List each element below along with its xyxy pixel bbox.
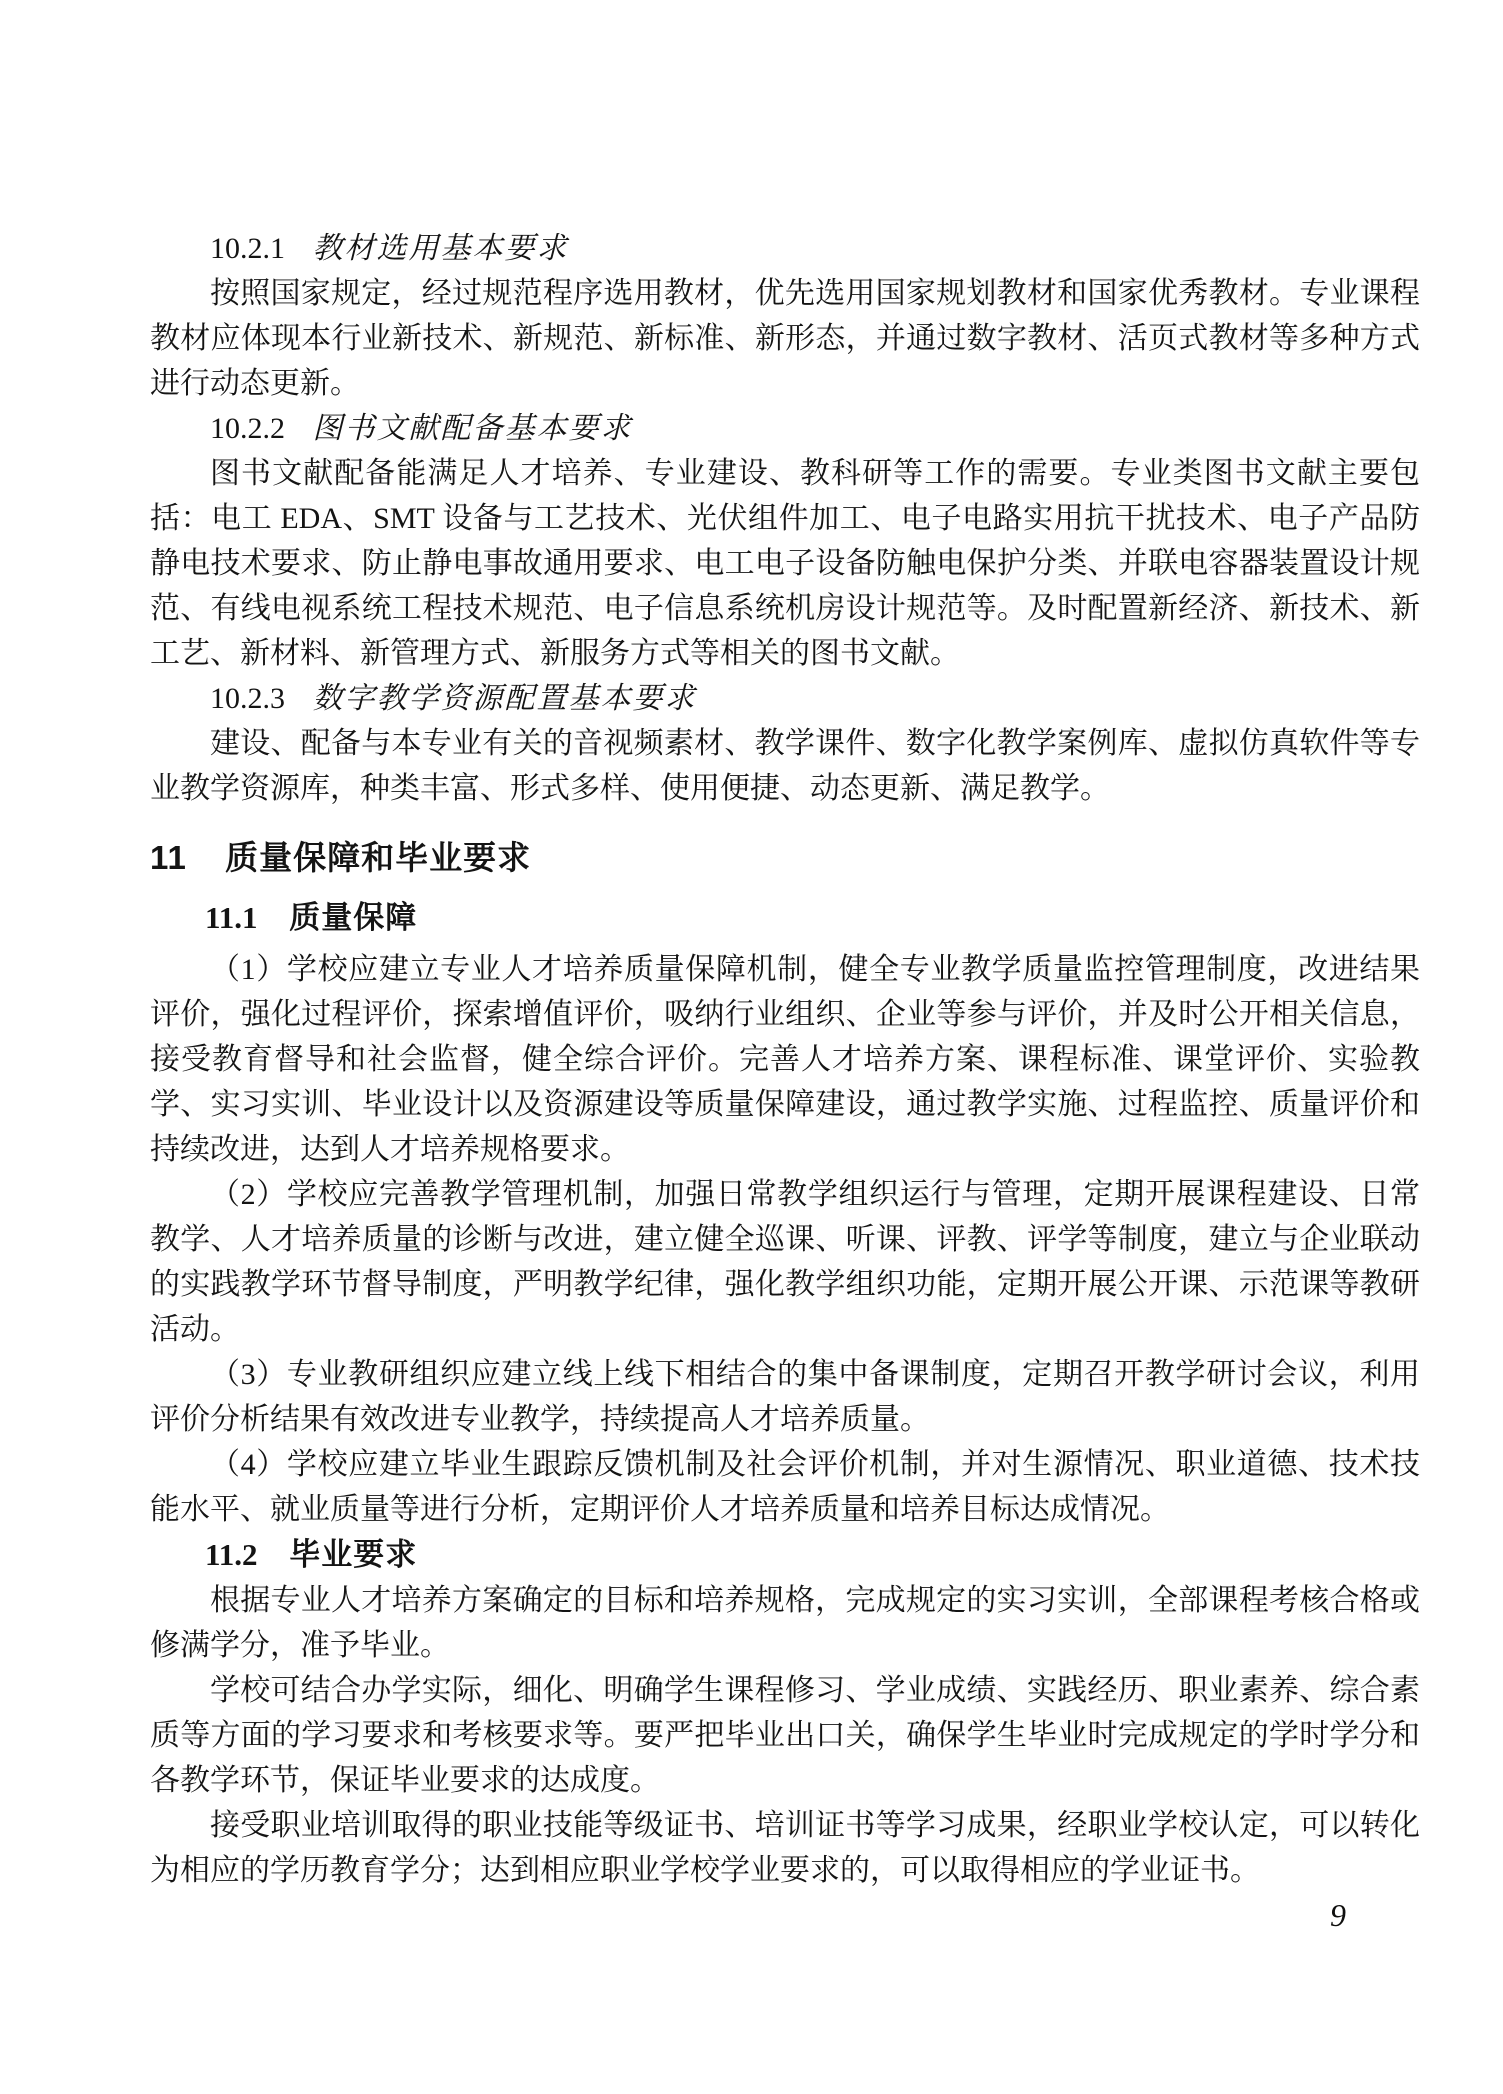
paragraph-digital-resources: 建设、配备与本专业有关的音视频素材、教学课件、数字化教学案例库、虚拟仿真软件等专… (150, 721, 1420, 811)
heading-11: 11 质量保障和毕业要求 (150, 833, 1420, 883)
heading-10-2-1: 10.2.1 教材选用基本要求 (150, 226, 1420, 271)
page-number: 9 (1330, 1896, 1346, 1934)
paragraph-graduation-2: 学校可结合办学实际，细化、明确学生课程修习、学业成绩、实践经历、职业素养、综合素… (150, 1668, 1420, 1803)
heading-10-2-3-title: 数字教学资源配置基本要求 (313, 681, 697, 716)
heading-11-2-title: 毕业要求 (289, 1537, 417, 1572)
paragraph-quality-3: （3）专业教研组织应建立线上线下相结合的集中备课制度，定期召开教学研讨会议，利用… (150, 1352, 1420, 1442)
paragraph-graduation-3: 接受职业培训取得的职业技能等级证书、培训证书等学习成果，经职业学校认定，可以转化… (150, 1803, 1420, 1893)
heading-11-2: 11.2 毕业要求 (150, 1532, 1420, 1578)
heading-10-2-3: 10.2.3 数字教学资源配置基本要求 (150, 676, 1420, 721)
paragraph-quality-1: （1）学校应建立专业人才培养质量保障机制，健全专业教学质量监控管理制度，改进结果… (150, 947, 1420, 1172)
heading-11-2-number: 11.2 (205, 1537, 258, 1572)
heading-10-2-2-number: 10.2.2 (210, 412, 285, 445)
heading-10-2-3-number: 10.2.3 (210, 682, 285, 715)
paragraph-quality-2: （2）学校应完善教学管理机制，加强日常教学组织运行与管理，定期开展课程建设、日常… (150, 1172, 1420, 1352)
heading-10-2-1-title: 教材选用基本要求 (313, 231, 569, 266)
heading-11-number: 11 (150, 839, 187, 876)
heading-10-2-2-title: 图书文献配备基本要求 (313, 411, 633, 446)
heading-11-title: 质量保障和毕业要求 (225, 839, 531, 876)
page-content: 10.2.1 教材选用基本要求 按照国家规定，经过规范程序选用教材，优先选用国家… (150, 226, 1420, 1893)
paragraph-textbook-selection: 按照国家规定，经过规范程序选用教材，优先选用国家规划教材和国家优秀教材。专业课程… (150, 271, 1420, 406)
paragraph-graduation-1: 根据专业人才培养方案确定的目标和培养规格，完成规定的实习实训，全部课程考核合格或… (150, 1578, 1420, 1668)
document-page: 10.2.1 教材选用基本要求 按照国家规定，经过规范程序选用教材，优先选用国家… (0, 0, 1503, 2094)
paragraph-library-resources: 图书文献配备能满足人才培养、专业建设、教科研等工作的需要。专业类图书文献主要包括… (150, 451, 1420, 676)
paragraph-quality-4: （4）学校应建立毕业生跟踪反馈机制及社会评价机制，并对生源情况、职业道德、技术技… (150, 1442, 1420, 1532)
heading-10-2-2: 10.2.2 图书文献配备基本要求 (150, 406, 1420, 451)
heading-10-2-1-number: 10.2.1 (210, 232, 285, 265)
heading-11-1: 11.1 质量保障 (150, 895, 1420, 941)
heading-11-1-number: 11.1 (205, 900, 258, 935)
heading-11-1-title: 质量保障 (289, 900, 417, 935)
